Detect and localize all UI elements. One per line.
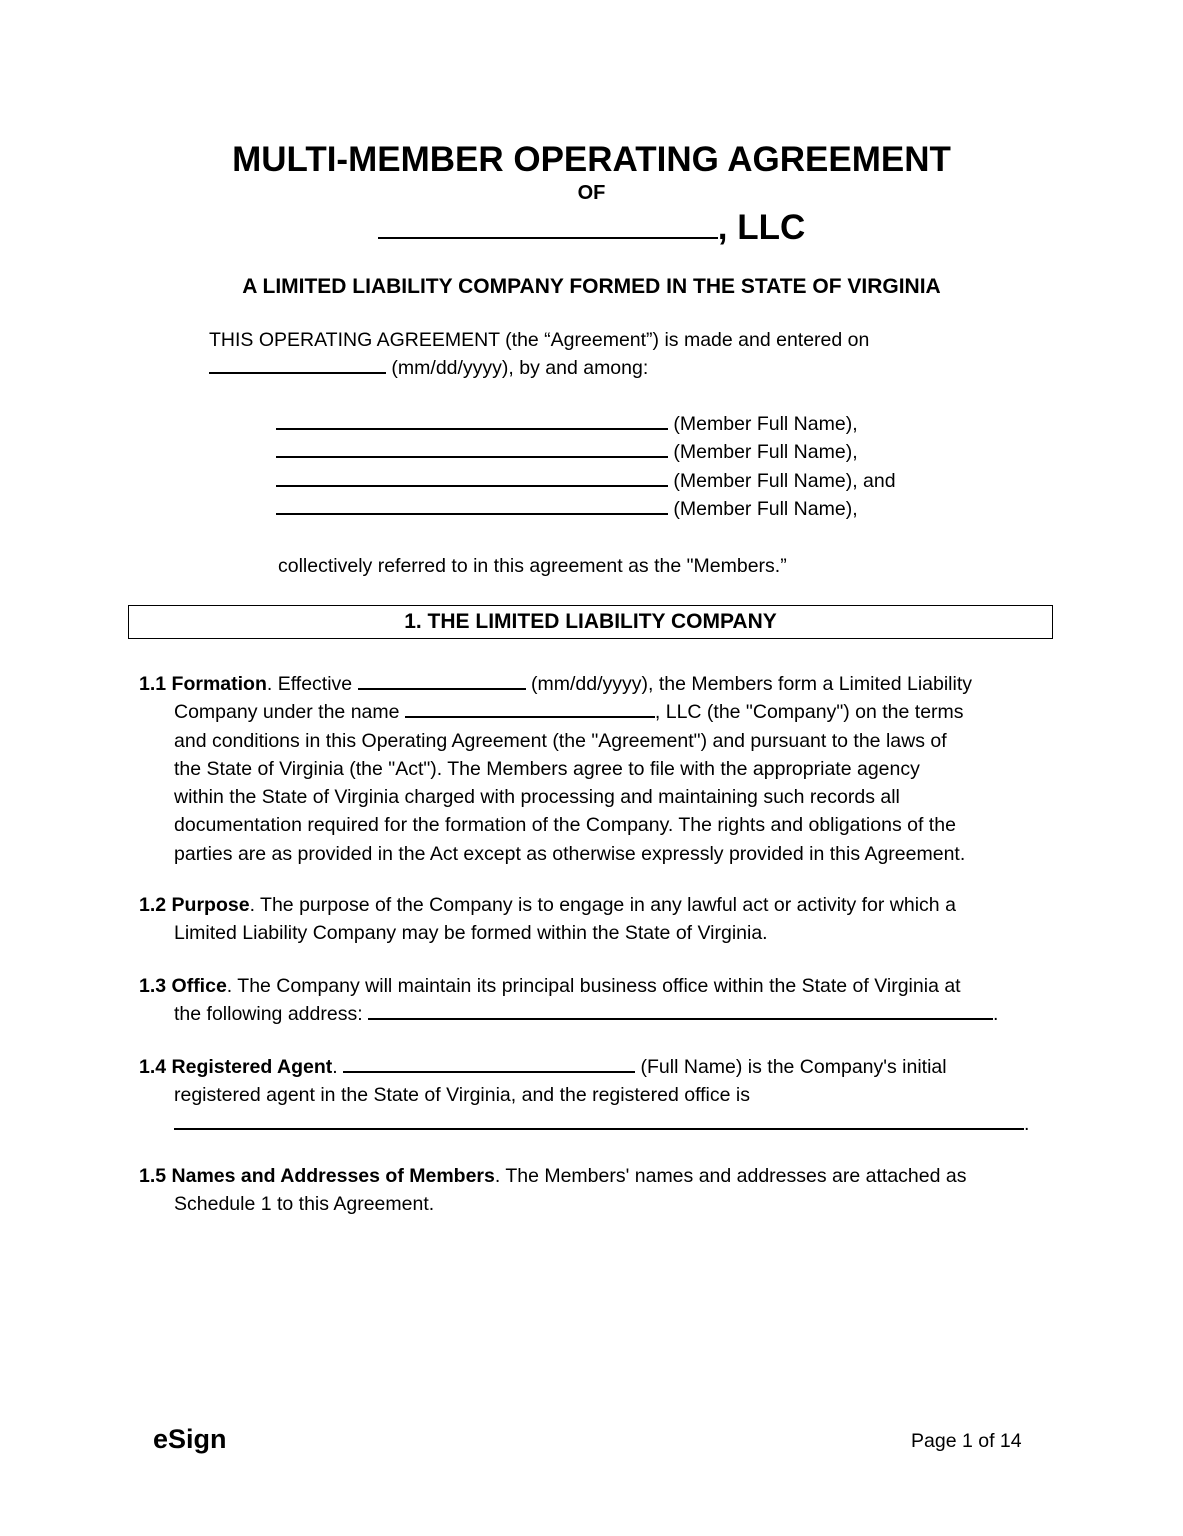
company-name-line: , LLC — [0, 208, 1183, 248]
clause-registered-agent: 1.4 Registered Agent. (Full Name) is the… — [139, 1053, 1049, 1138]
esign-logo: eSign — [153, 1424, 227, 1455]
member-name-blank[interactable] — [276, 512, 668, 515]
clause-heading: Registered Agent — [172, 1056, 333, 1078]
clause-heading: Office — [172, 975, 227, 997]
section-heading: 1. THE LIMITED LIABILITY COMPANY — [128, 605, 1053, 639]
member-name-blank[interactable] — [276, 455, 668, 458]
member-row: (Member Full Name), and — [276, 467, 976, 495]
registered-office-blank[interactable] — [174, 1127, 1024, 1130]
intro-line-2: (mm/dd/yyyy), by and among: — [209, 354, 969, 382]
page-number: Page 1 of 14 — [911, 1430, 1022, 1453]
intro-paragraph: THIS OPERATING AGREEMENT (the “Agreement… — [209, 326, 969, 383]
company-name-blank[interactable] — [405, 715, 655, 718]
llc-suffix: , LLC — [718, 208, 805, 247]
document-title: MULTI-MEMBER OPERATING AGREEMENT — [0, 140, 1183, 180]
member-row: (Member Full Name), — [276, 438, 976, 466]
member-name-blank[interactable] — [276, 484, 668, 487]
clause-heading: Names and Addresses of Members — [172, 1165, 495, 1187]
member-name-blank[interactable] — [276, 427, 668, 430]
clause-office: 1.3 Office. The Company will maintain it… — [139, 972, 1049, 1029]
agent-name-blank[interactable] — [343, 1070, 635, 1073]
office-address-blank[interactable] — [368, 1017, 993, 1020]
clause-heading: Purpose — [172, 894, 250, 916]
clause-member-names: 1.5 Names and Addresses of Members. The … — [139, 1162, 1049, 1219]
agreement-date-blank[interactable] — [209, 371, 386, 374]
collective-text: collectively referred to in this agreeme… — [278, 552, 787, 580]
member-row: (Member Full Name), — [276, 410, 976, 438]
member-list: (Member Full Name), (Member Full Name), … — [276, 410, 976, 523]
intro-line-1: THIS OPERATING AGREEMENT (the “Agreement… — [209, 326, 969, 354]
clause-purpose: 1.2 Purpose. The purpose of the Company … — [139, 891, 1049, 948]
clause-formation: 1.1 Formation. Effective (mm/dd/yyyy), t… — [139, 670, 1049, 868]
clause-heading: Formation — [172, 673, 267, 695]
of-label: OF — [0, 182, 1183, 205]
document-subtitle: A LIMITED LIABILITY COMPANY FORMED IN TH… — [0, 275, 1183, 299]
company-name-blank[interactable] — [378, 236, 718, 239]
member-row: (Member Full Name), — [276, 495, 976, 523]
effective-date-blank[interactable] — [358, 687, 526, 690]
